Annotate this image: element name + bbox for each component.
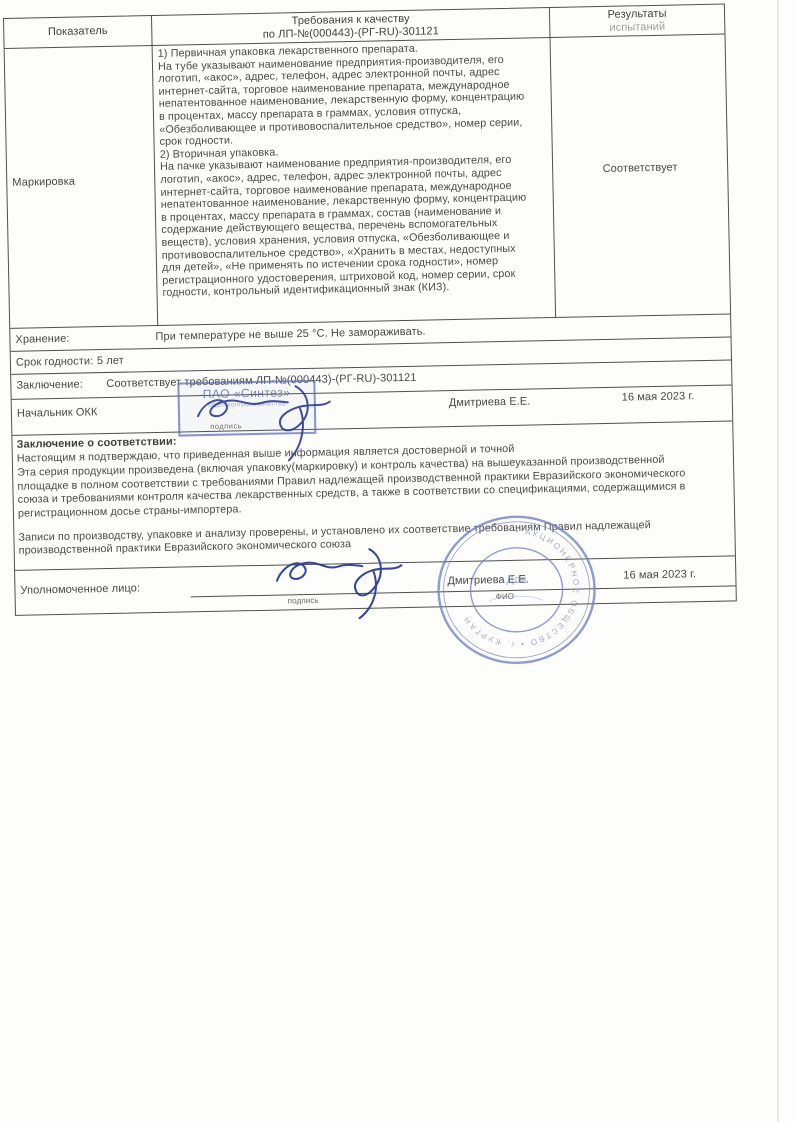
- header-results-cell: Результаты испытаний: [550, 5, 725, 37]
- fio-caption: ФИО: [496, 592, 515, 601]
- marking-result-value: Соответствует: [603, 161, 678, 175]
- header-indicator-label: Показатель: [48, 25, 108, 39]
- signature-line: [191, 585, 736, 597]
- conclusion-label: Заключение:: [16, 378, 83, 391]
- stamp-sub-text: отдел контроля качества: [180, 400, 314, 410]
- compliance-paragraph-3: Записи по производству, упаковке и анали…: [18, 518, 708, 559]
- okk-date: 16 мая 2023 г.: [622, 390, 695, 403]
- okk-person-name: Дмитриева Е.Е.: [449, 395, 531, 409]
- header-results-line2: испытаний: [609, 20, 665, 34]
- marking-requirements-cell: 1) Первичная упаковка лекарственного пре…: [153, 38, 557, 325]
- marking-result-cell: Соответствует: [551, 35, 731, 317]
- compliance-statement-block: Заключение о соответствии: Настоящим я п…: [12, 421, 735, 570]
- marking-indicator-cell: Маркировка: [5, 46, 159, 328]
- header-requirements-line2: по ЛП-№(000443)-(РГ-RU)-301121: [263, 25, 439, 42]
- quality-certificate-table: Показатель Требования к качеству по ЛП-№…: [3, 4, 737, 616]
- shelf-life-label: Срок годности:: [16, 355, 94, 369]
- storage-label: Хранение:: [15, 333, 69, 346]
- storage-value: При температуре не выше 25 °С. Не замора…: [155, 326, 425, 343]
- header-results-line1: Результаты: [607, 7, 666, 21]
- okk-title-label: Начальник ОКК: [17, 406, 98, 420]
- requirement-paragraph: На пачке указывают наименование предприя…: [160, 154, 533, 300]
- rectangular-company-stamp: ПАО «Синтез» отдел контроля качества под…: [177, 380, 316, 437]
- signature-caption: подпись: [210, 421, 242, 431]
- marking-row: Маркировка 1) Первичная упаковка лекарст…: [5, 35, 730, 329]
- signature-caption: подпись: [288, 596, 319, 606]
- requirement-paragraph: На тубе указывают наименование предприят…: [158, 53, 530, 149]
- authorized-person-name: Дмитриева Е.Е.: [447, 574, 529, 588]
- authorized-person-label: Уполномоченное лицо:: [20, 582, 140, 596]
- scanned-document-page: Показатель Требования к качеству по ЛП-№…: [0, 0, 794, 1122]
- shelf-life-value: 5 лет: [97, 355, 124, 368]
- header-indicator-cell: Показатель: [4, 16, 153, 48]
- marking-indicator-label: Маркировка: [12, 176, 75, 189]
- authorized-date: 16 мая 2023 г.: [623, 568, 696, 581]
- scan-edge-artifact: [777, 0, 779, 1122]
- stamp-org-name: ПАО «Синтез»: [179, 385, 313, 402]
